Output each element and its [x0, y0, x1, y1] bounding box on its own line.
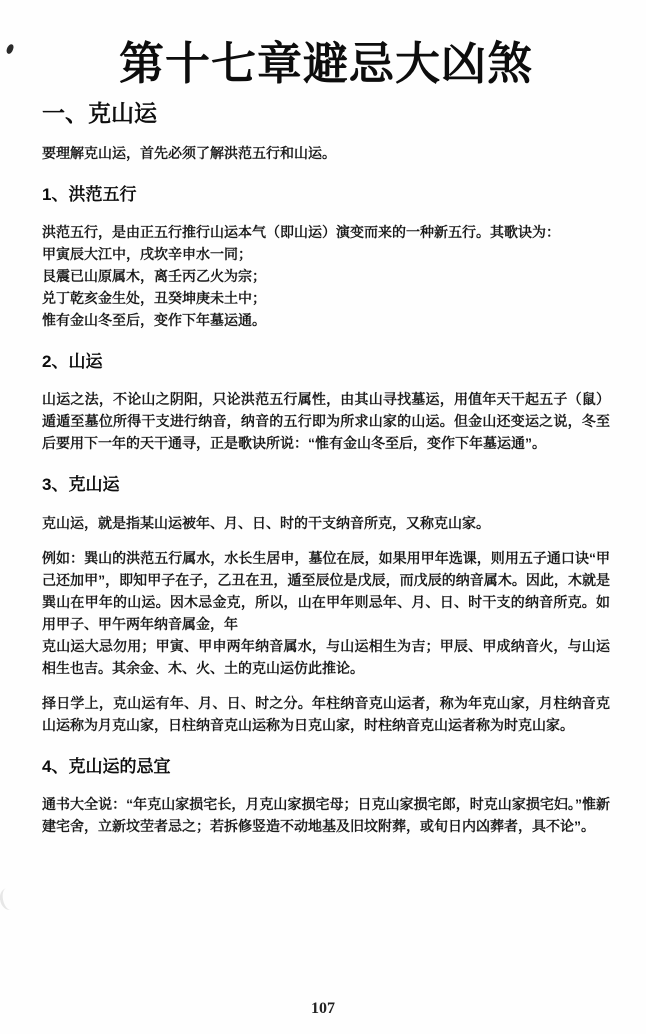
chapter-title: 第十七章避忌大凶煞	[42, 36, 610, 92]
paragraph: 例如：巽山的洪范五行属水，水长生居申，墓位在辰，如果用甲年选课，则用五子通口诀“…	[42, 547, 610, 679]
subsection-heading: 2、山运	[42, 351, 610, 372]
document-body: 一、克山运要理解克山运，首先必须了解洪范五行和山运。1、洪范五行洪范五行，是由正…	[42, 100, 610, 837]
paragraph: 择日学上，克山运有年、月、日、时之分。年柱纳音克山运者，称为年克山家，月柱纳音克…	[42, 692, 610, 736]
document-page: 第十七章避忌大凶煞 一、克山运要理解克山运，首先必须了解洪范五行和山运。1、洪范…	[0, 0, 646, 1034]
scan-smudge	[0, 886, 19, 911]
paragraph: 山运之法，不论山之阴阳，只论洪范五行属性，由其山寻找墓运，用值年天干起五子（鼠）…	[42, 388, 610, 454]
document-content: 第十七章避忌大凶煞 一、克山运要理解克山运，首先必须了解洪范五行和山运。1、洪范…	[0, 36, 646, 837]
page-number: 107	[0, 1000, 646, 1018]
subsection-heading: 4、克山运的忌宜	[42, 756, 610, 777]
section-heading: 一、克山运	[42, 100, 610, 128]
subsection-heading: 1、洪范五行	[42, 184, 610, 205]
paragraph: 克山运，就是指某山运被年、月、日、时的干支纳音所克，又称克山家。	[42, 512, 610, 534]
subsection-heading: 3、克山运	[42, 474, 610, 495]
paragraph: 洪范五行，是由正五行推行山运本气（即山运）演变而来的一种新五行。其歌诀为：甲寅辰…	[42, 221, 610, 331]
paragraph: 通书大全说：“年克山家损宅长，月克山家损宅母；日克山家损宅郎，时克山家损宅妇。”…	[42, 793, 610, 837]
paragraph: 要理解克山运，首先必须了解洪范五行和山运。	[42, 142, 610, 164]
